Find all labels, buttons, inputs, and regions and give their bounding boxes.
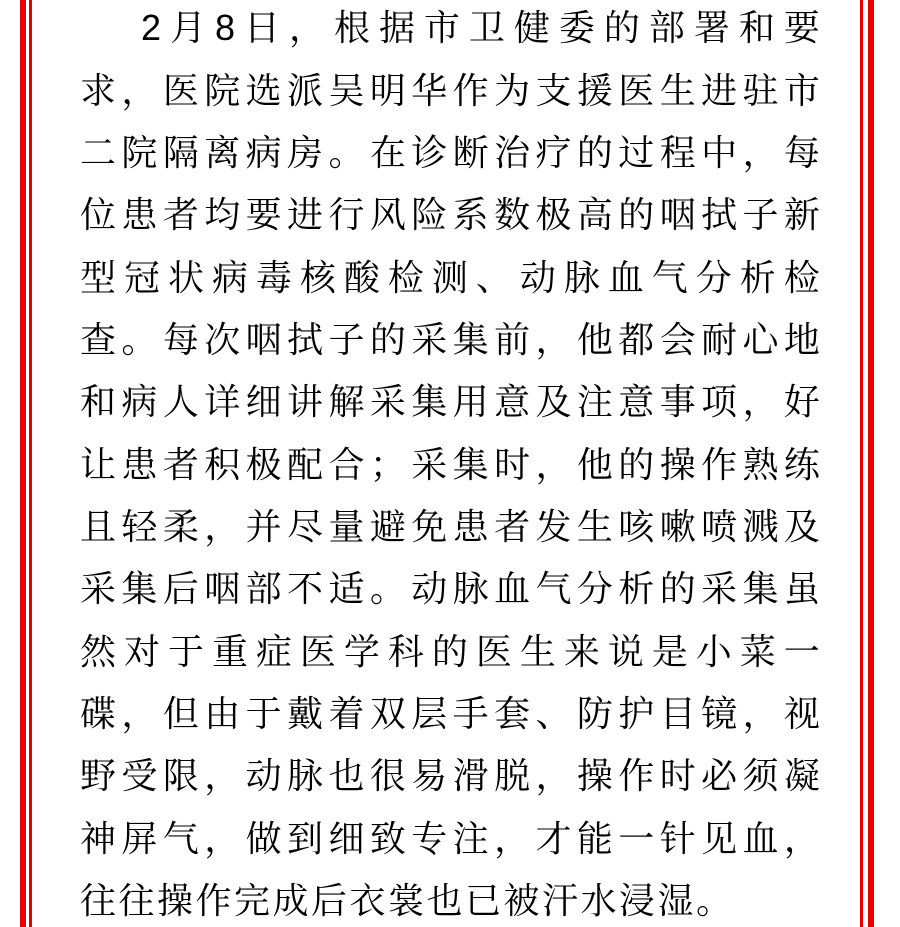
text-line-3: 二院隔离病房。在诊断治疗的过程中，每 — [80, 122, 820, 184]
frame-right-inner-line — [860, 0, 863, 927]
text-line-2: 求，医院选派吴明华作为支援医生进驻市 — [80, 59, 820, 121]
text-line-8: 让患者积极配合；采集时，他的操作熟练 — [80, 433, 820, 495]
frame-left-outer-line — [20, 0, 26, 927]
article-text: 2月8日，根据市卫健委的部署和要求，医院选派吴明华作为支援医生进驻市二院隔离病房… — [80, 0, 820, 927]
text-line-4: 位患者均要进行风险系数极高的咽拭子新 — [80, 184, 820, 246]
text-line-9: 且轻柔，并尽量避免患者发生咳嗽喷溅及 — [80, 496, 820, 558]
document-page: 2月8日，根据市卫健委的部署和要求，医院选派吴明华作为支援医生进驻市二院隔离病房… — [0, 0, 900, 927]
text-line-11: 然对于重症医学科的医生来说是小菜一 — [80, 620, 820, 682]
text-line-15: 往往操作完成后衣裳也已被汗水浸湿。 — [80, 870, 820, 927]
text-line-14: 神屏气，做到细致专注，才能一针见血， — [80, 807, 820, 869]
frame-right-outer-line — [868, 0, 874, 927]
text-line-10: 采集后咽部不适。动脉血气分析的采集虽 — [80, 558, 820, 620]
text-line-13: 野受限，动脉也很易滑脱，操作时必须凝 — [80, 745, 820, 807]
text-line-1: 2月8日，根据市卫健委的部署和要 — [80, 0, 820, 59]
text-line-6: 查。每次咽拭子的采集前，他都会耐心地 — [80, 309, 820, 371]
text-line-12: 碟，但由于戴着双层手套、防护目镜，视 — [80, 683, 820, 745]
text-line-7: 和病人详细讲解采集用意及注意事项，好 — [80, 371, 820, 433]
text-line-5: 型冠状病毒核酸检测、动脉血气分析检 — [80, 246, 820, 308]
frame-left-inner-line — [29, 0, 32, 927]
